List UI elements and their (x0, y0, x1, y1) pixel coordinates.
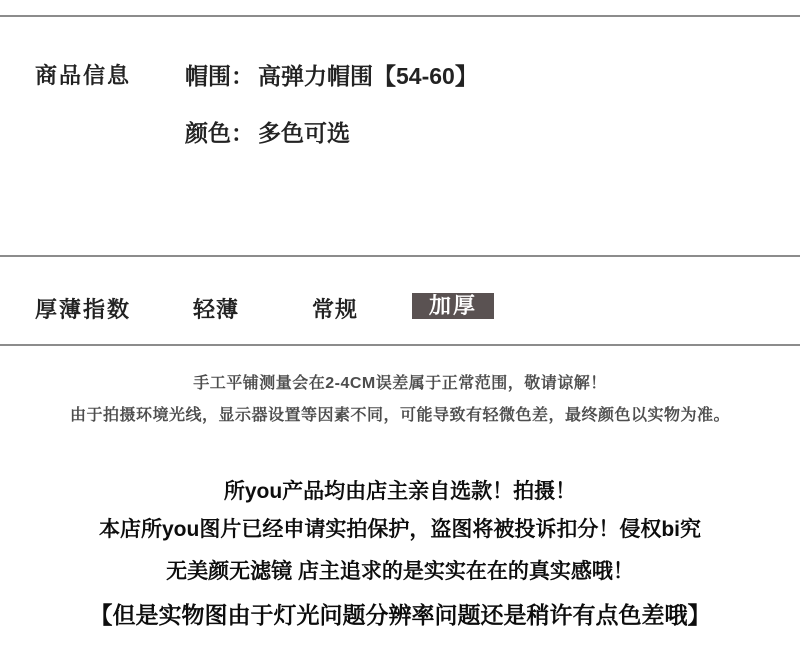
measurement-note-line: 手工平铺测量会在2-4CM误差属于正常范围，敬请谅解！ (0, 370, 800, 393)
shop-statement-line: 所you产品均由店主亲自选款！拍摄！ (0, 475, 800, 505)
color-label: 颜色： (185, 120, 254, 146)
thickness-option-thick-selected-badge: 加厚 (412, 293, 494, 319)
product-description-page: 商品信息 帽围：高弹力帽围【54-60】 颜色：多色可选 厚薄指数 轻薄 常规 … (0, 0, 800, 656)
thickness-option-thin: 轻薄 (193, 293, 239, 324)
lighting-disclaimer-line: 【但是实物图由于灯光问题分辨率问题还是稍许有点色差哦】 (0, 597, 800, 630)
color-difference-note-line: 由于拍摄环境光线，显示器设置等因素不同，可能导致有轻微色差，最终颜色以实物为准。 (0, 402, 800, 425)
color-row: 颜色：多色可选 (185, 115, 350, 148)
section-divider-middle (0, 255, 800, 257)
color-value: 多色可选 (258, 120, 350, 146)
hat-size-value: 高弹力帽围【54-60】 (258, 63, 478, 89)
anti-theft-statement-line: 本店所you图片已经申请实拍保护，盗图将被投诉扣分！侵权bi究 (0, 513, 800, 543)
thickness-option-regular: 常规 (312, 293, 358, 324)
section-divider-top (0, 15, 800, 17)
thickness-section-label: 厚薄指数 (35, 293, 131, 324)
section-divider-bottom (0, 344, 800, 346)
hat-size-row: 帽围：高弹力帽围【54-60】 (185, 58, 478, 91)
hat-size-label: 帽围： (185, 63, 254, 89)
product-info-section-label: 商品信息 (35, 59, 131, 90)
no-filter-statement-line: 无美颜无滤镜 店主追求的是实实在在的真实感哦！ (0, 555, 800, 585)
